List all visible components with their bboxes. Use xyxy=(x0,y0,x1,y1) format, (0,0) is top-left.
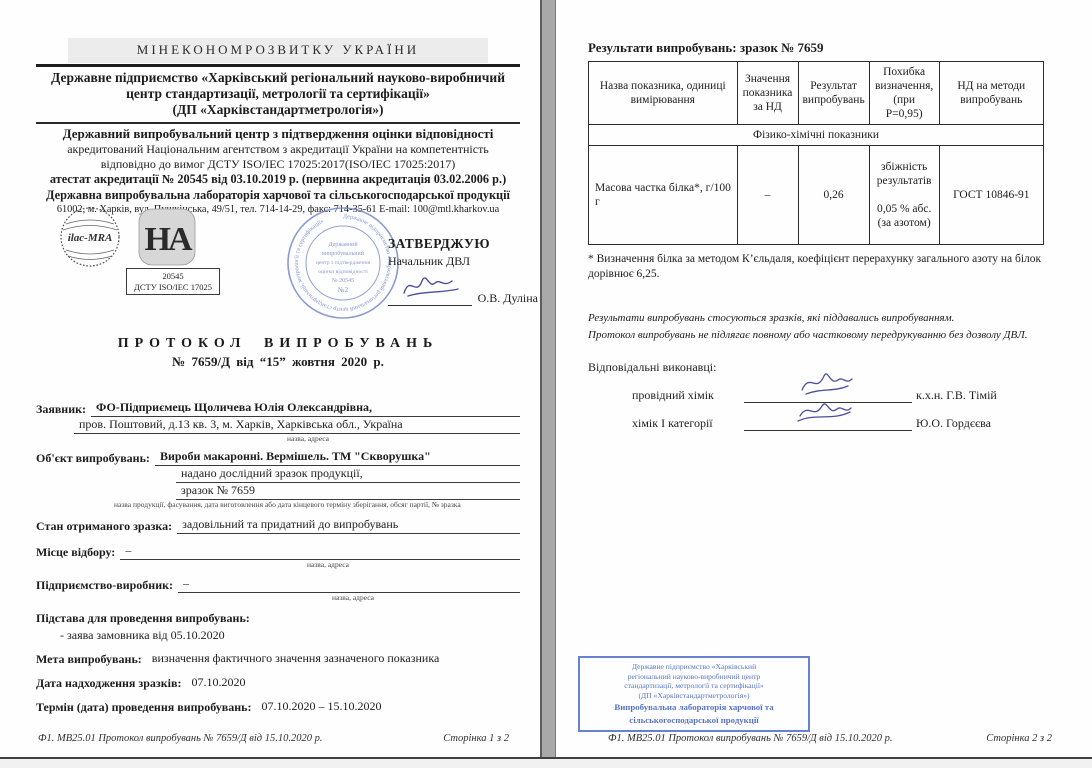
note-line-2: Протокол випробувань не підлягає повному… xyxy=(588,327,1060,344)
table-row: Масова частка білка*, г/100 г – 0,26 збі… xyxy=(589,146,1044,245)
manufacturer-row: Підприємство-виробник: – xyxy=(36,576,520,593)
stamp-inner-line-2: випробувальний xyxy=(322,250,365,257)
applicant-label: Заявник: xyxy=(36,402,86,417)
accreditation-number: 20545 xyxy=(127,271,219,282)
test-center-name: Державний випробувальний центр з підтвер… xyxy=(36,126,520,142)
accreditation-block: Державний випробувальний центр з підтвер… xyxy=(36,124,520,216)
results-table-header-row: Назва показника, одиниці вимірювання Зна… xyxy=(589,62,1044,125)
col-header-nd-value: Значення показника за НД xyxy=(737,62,798,125)
cell-error: збіжність результатів 0,05 % абс. (за аз… xyxy=(869,146,939,245)
test-object-line2: надано дослідний зразок продукції, xyxy=(36,466,520,483)
test-term-row: Термін (дата) проведення випробувань: 07… xyxy=(36,699,520,715)
executor-name-2: Ю.О. Гордєєва xyxy=(916,416,991,431)
naau-logo: НА xyxy=(138,208,196,266)
page-number-1: Сторінка 1 з 2 xyxy=(443,733,509,744)
naau-glyph: НА xyxy=(145,221,193,258)
received-date-label: Дата надходження зразків: xyxy=(36,676,181,691)
caption-name-address-2: назва, адреса xyxy=(136,560,520,569)
test-object-line3: зразок № 7659 xyxy=(36,483,520,500)
sample-number-value: зразок № 7659 xyxy=(176,483,520,500)
page2-footer: Ф1. МВ25.01 Протокол випробувань № 7659/… xyxy=(553,733,1092,744)
applicant-row: Заявник: ФО-Підприємець Щоличева Юлія Ол… xyxy=(36,400,520,417)
approver-position: Начальник ДВЛ xyxy=(388,254,538,269)
stamp-inner-line-5: № 20545 xyxy=(332,278,354,284)
sample-provided-value: надано дослідний зразок продукції, xyxy=(176,466,520,483)
sampling-place-label: Місце відбору: xyxy=(36,545,115,560)
org-line-1: Державне підприємство «Харківський регіо… xyxy=(36,70,520,86)
col-header-error: Похибка визначення, (при Р=0,95) xyxy=(869,62,939,125)
organization-name: Державне підприємство «Харківський регіо… xyxy=(36,67,520,122)
protocol-page-1: МІНЕКОНОМРОЗВИТКУ УКРАЇНИ Державне підпр… xyxy=(0,0,541,757)
executor-role-1: провідний хімік xyxy=(632,388,744,403)
caption-name-address-1: назва, адреса xyxy=(96,434,520,443)
protocol-title: ПРОТОКОЛ ВИПРОБУВАНЬ xyxy=(36,336,520,352)
purpose-label: Мета випробувань: xyxy=(36,652,142,667)
manufacturer-label: Підприємство-виробник: xyxy=(36,578,173,593)
col-header-method: НД на методи випробувань xyxy=(939,62,1043,125)
page-number-2: Сторінка 2 з 2 xyxy=(986,733,1052,744)
executor-role-2: хімік I категорії xyxy=(632,416,744,431)
sample-state-row: Стан отриманого зразка: задовільний та п… xyxy=(36,517,520,534)
cell-result: 0,26 xyxy=(798,146,869,245)
test-term-value: 07.10.2020 – 15.10.2020 xyxy=(257,699,521,715)
col-header-indicator: Назва показника, одиниці вимірювання xyxy=(589,62,738,125)
signature-line xyxy=(388,295,472,306)
logos-and-approval-row: ilac-MRA НА 20545 ДСТУ ISO/IEC 17025 Дер… xyxy=(36,204,520,332)
stamp-line-6: сільськогосподарської продукції xyxy=(582,715,806,726)
laboratory-rect-stamp: Державне підприємство «Харківський регіо… xyxy=(578,656,810,732)
page1-footer: Ф1. МВ25.01 Протокол випробувань № 7659/… xyxy=(0,733,541,744)
purpose-value: визначення фактичного значення зазначено… xyxy=(147,651,520,667)
scan-bottom-edge xyxy=(0,757,1092,768)
standard-line: відповідно до вимог ДСТУ ISO/IEC 17025:2… xyxy=(36,157,520,172)
approver-signature-row: О.В. Дуліна xyxy=(388,291,538,306)
basis-value: - заява замовника від 05.10.2020 xyxy=(36,628,520,643)
approve-label: ЗАТВЕРДЖУЮ xyxy=(388,236,538,252)
basis-heading: Підстава для проведення випробувань: xyxy=(36,611,520,626)
stamp-inner-line-6: №2 xyxy=(338,286,349,294)
sampling-place-row: Місце відбору: – xyxy=(36,543,520,560)
stamp-line-4: (ДП «Харківстандартметрологія») xyxy=(582,691,806,701)
test-object-row: Об'єкт випробувань: Вироби макаронні. Ве… xyxy=(36,449,520,466)
section-title: Фізико-хімічні показники xyxy=(589,125,1044,146)
executor-signature-1 xyxy=(794,368,856,398)
sample-state-value: задовільний та придатний до випробувань xyxy=(177,517,520,534)
page-gutter-divider xyxy=(540,0,556,757)
test-object-label: Об'єкт випробувань: xyxy=(36,451,150,466)
applicant-address: пров. Поштовий, д.13 кв. 3, м. Харків, Х… xyxy=(74,417,520,434)
executor-signature-line-2 xyxy=(744,420,912,431)
sample-state-label: Стан отриманого зразка: xyxy=(36,519,172,534)
col-header-result: Результат випробувань xyxy=(798,62,869,125)
stamp-line-1: Державне підприємство «Харківський xyxy=(582,662,806,672)
accreditation-line: акредитований Національним агентством з … xyxy=(36,142,520,157)
executor-name-1: к.х.н. Г.В. Тімій xyxy=(916,388,997,403)
laboratory-name: Державна випробувальна лабораторія харчо… xyxy=(36,188,520,204)
accreditation-number-box: 20545 ДСТУ ISO/IEC 17025 xyxy=(126,268,220,295)
error-convergence: збіжність результатів xyxy=(874,160,935,188)
stamp-line-3: стандартизації, метрології та сертифікац… xyxy=(582,681,806,691)
test-term-label: Термін (дата) проведення випробувань: xyxy=(36,700,252,715)
stamp-inner-line-4: оцінки відповідності xyxy=(318,269,368,275)
executor-row-2: хімік I категорії Ю.О. Гордєєва xyxy=(588,416,1060,431)
page2-content: Результати випробувань: зразок № 7659 На… xyxy=(588,40,1060,431)
executor-signature-2 xyxy=(794,396,856,426)
received-date-row: Дата надходження зразків: 07.10.2020 xyxy=(36,675,520,691)
stamp-line-5: Випробувальна лабораторія харчової та xyxy=(582,702,806,713)
manufacturer-value: – xyxy=(178,576,520,593)
stamp-inner-line-1: Державний xyxy=(328,241,358,248)
protocol-notes: Результати випробувань стосуються зразкі… xyxy=(588,310,1060,344)
protocol-page-2: Результати випробувань: зразок № 7659 На… xyxy=(553,0,1092,757)
cell-method: ГОСТ 10846-91 xyxy=(939,146,1043,245)
table-footnote: * Визначення білка за методом К’єльдаля,… xyxy=(588,252,1060,282)
footer-form-ref-1: Ф1. МВ25.01 Протокол випробувань № 7659/… xyxy=(38,733,322,744)
footer-form-ref-2: Ф1. МВ25.01 Протокол випробувань № 7659/… xyxy=(608,733,892,744)
protocol-form: Заявник: ФО-Підприємець Щоличева Юлія Ол… xyxy=(36,400,520,715)
cell-indicator-name: Масова частка білка*, г/100 г xyxy=(589,146,738,245)
test-object-value: Вироби макаронні. Вермішель. ТМ "Скворуш… xyxy=(155,449,520,466)
round-blue-stamp: Державне підприємство «Харківський регіо… xyxy=(284,204,402,322)
caption-name-address-3: назва, адреса xyxy=(186,593,520,602)
ministry-header: МІНЕКОНОМРОЗВИТКУ УКРАЇНИ xyxy=(68,38,488,63)
results-heading: Результати випробувань: зразок № 7659 xyxy=(588,40,1060,56)
protocol-number-date: № 7659/Д від “15” жовтня 2020 р. xyxy=(36,354,520,370)
accreditation-standard: ДСТУ ISO/IEC 17025 xyxy=(127,282,219,293)
org-line-2: центр стандартизації, метрології та серт… xyxy=(36,86,520,102)
footnote-line-2: дорівнює 6,25. xyxy=(588,267,1060,282)
approver-signature xyxy=(398,269,464,301)
stamp-line-2: регіональний науково-виробничий центр xyxy=(582,672,806,682)
results-table: Назва показника, одиниці вимірювання Зна… xyxy=(588,61,1044,245)
ilac-mra-logo: ilac-MRA xyxy=(56,206,124,272)
error-basis: (за азотом) xyxy=(874,216,935,230)
sampling-place-value: – xyxy=(120,543,520,560)
purpose-row: Мета випробувань: визначення фактичного … xyxy=(36,651,520,667)
section-row: Фізико-хімічні показники xyxy=(589,125,1044,146)
received-date-value: 07.10.2020 xyxy=(186,675,520,691)
ilac-mra-label: ilac-MRA xyxy=(68,232,113,244)
protocol-title-block: ПРОТОКОЛ ВИПРОБУВАНЬ № 7659/Д від “15” ж… xyxy=(36,336,520,370)
approval-block: ЗАТВЕРДЖУЮ Начальник ДВЛ О.В. Дуліна xyxy=(388,236,538,306)
page1-content: МІНЕКОНОМРОЗВИТКУ УКРАЇНИ Державне підпр… xyxy=(36,38,520,715)
applicant-value: ФО-Підприємець Щоличева Юлія Олександрів… xyxy=(91,400,520,417)
caption-product-info: назва продукції, фасування, дата виготов… xyxy=(114,500,520,509)
approver-name: О.В. Дуліна xyxy=(478,291,538,306)
applicant-address-row: пров. Поштовий, д.13 кв. 3, м. Харків, Х… xyxy=(36,417,520,434)
org-line-3: (ДП «Харківстандартметрологія») xyxy=(36,102,520,118)
attestation-line: атестат акредитації № 20545 від 03.10.20… xyxy=(36,172,520,188)
stamp-inner-line-3: центр з підтвердження xyxy=(316,260,371,266)
footnote-line-1: * Визначення білка за методом К’єльдаля,… xyxy=(588,252,1060,267)
error-value: 0,05 % абс. xyxy=(874,202,935,216)
cell-nd-value: – xyxy=(737,146,798,245)
note-line-1: Результати випробувань стосуються зразкі… xyxy=(588,310,1060,327)
